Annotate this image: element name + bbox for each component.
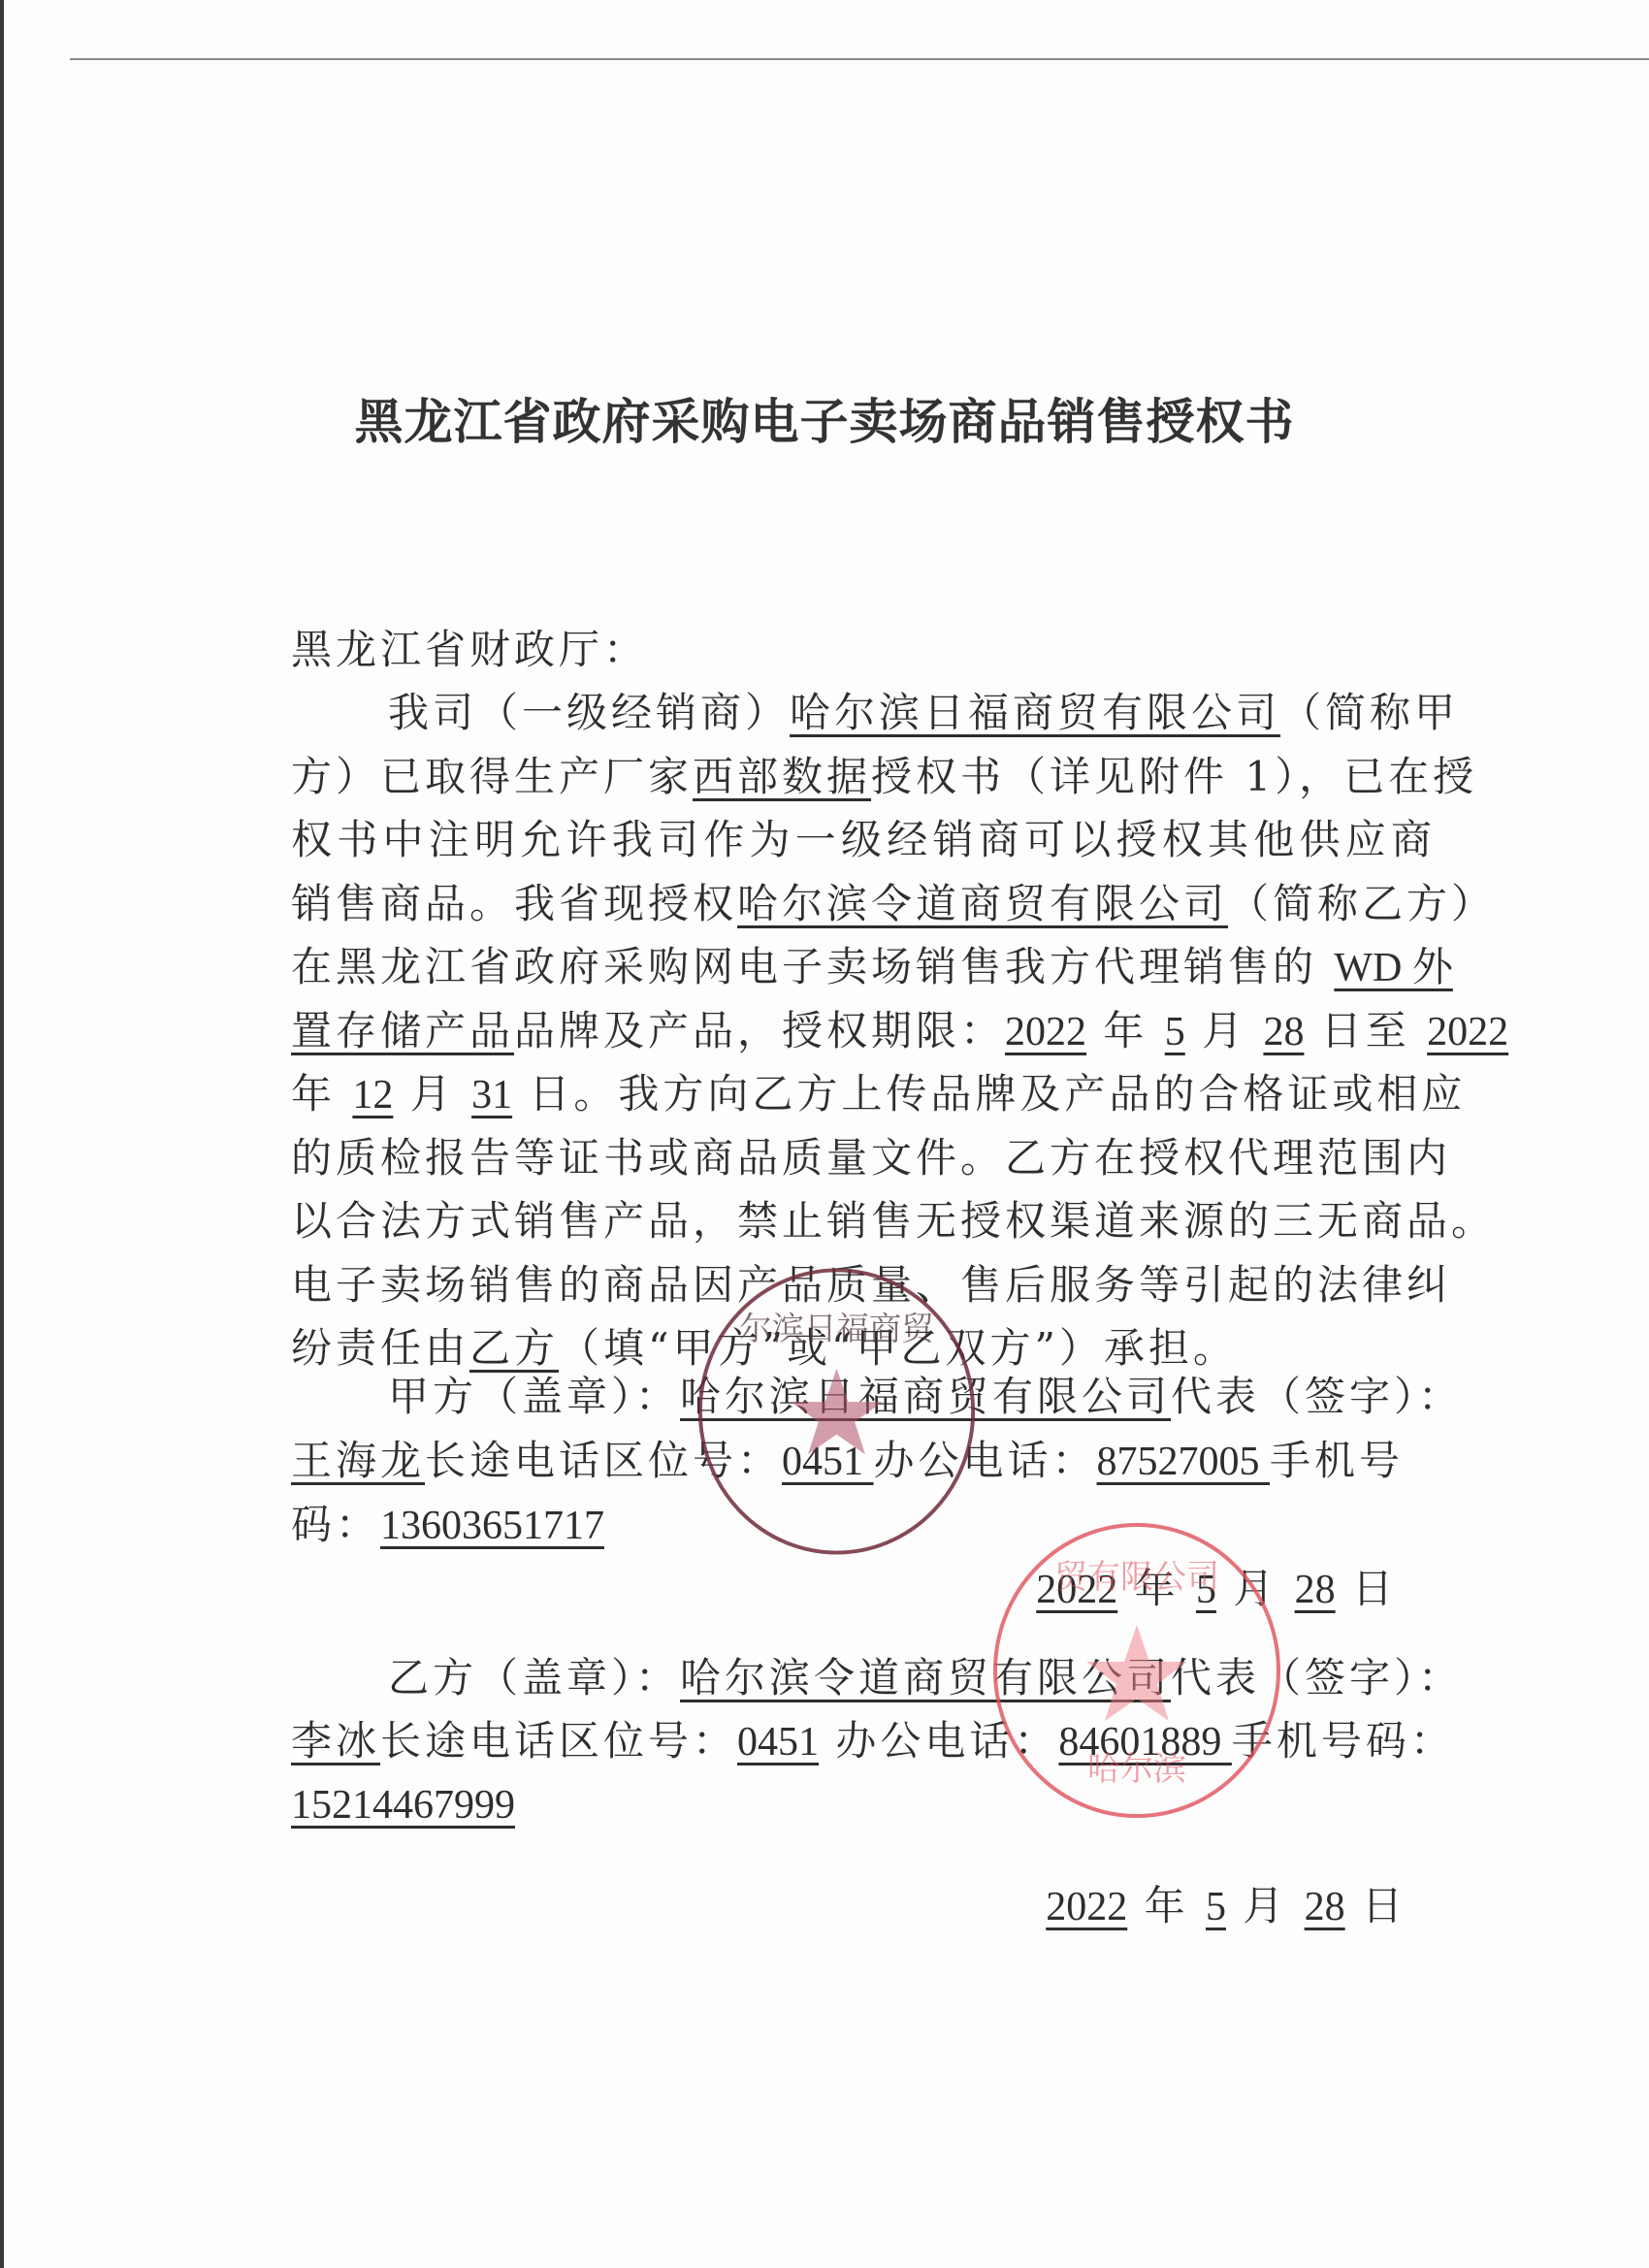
text-run: （填“甲方”或“甲乙双方”）承担。 [559,1324,1238,1372]
body-line: 的质检报告等证书或商品质量文件。乙方在授权代理范围内 [291,1129,1436,1187]
body-line: 以合法方式销售产品，禁止销售无授权渠道来源的三无商品。 [291,1192,1436,1250]
text-run: 在黑龙江省政府采购网电子卖场销售我方代理销售的 [291,943,1334,990]
filled-field: 13603651717 [380,1504,604,1548]
filled-field: 哈尔滨令道商贸有限公司 [680,1654,1171,1701]
filled-field: 乙方 [469,1324,559,1372]
text-run: 我司（一级经销商） [388,689,790,736]
filled-field: 87527005 [1097,1440,1271,1484]
text-run: 日至 [1304,1007,1427,1054]
body-line: 方）已取得生产厂家西部数据授权书（详见附件 1），已在授 [291,748,1436,806]
text-run: 方）已取得生产厂家 [291,753,693,800]
filled-field: 15214467999 [291,1783,515,1828]
filled-field: 0451 [782,1440,874,1484]
body-line: 销售商品。我省现授权哈尔滨令道商贸有限公司（简称乙方） [291,875,1436,933]
text-run: 手机号 [1270,1437,1404,1484]
filled-field: 12 [352,1073,393,1118]
text-run: 代表（签字）： [1171,1373,1463,1420]
filled-field: 哈尔滨日福商贸有限公司 [790,689,1280,736]
party-b-stamp-line: 乙方（盖章）：哈尔滨令道商贸有限公司代表（签字）： [291,1649,1533,1707]
scan-left-edge [0,0,4,2268]
party-b-mobile-line: 15214467999 [291,1775,1436,1834]
text-run: 的质检报告等证书或商品质量文件。乙方在授权代理范围内 [291,1134,1451,1182]
filled-field: 哈尔滨令道商贸有限公司 [737,880,1228,927]
filled-field: 28 [1295,1568,1336,1612]
text-run: 品牌及产品，授权期限： [514,1007,1005,1054]
text-run: （简称甲 [1280,689,1459,736]
text-run: 销售商品。我省现授权 [291,880,737,927]
text-run: 月 [1226,1882,1305,1929]
filled-field: 5 [1206,1885,1226,1929]
filled-field: 2022 [1036,1568,1117,1612]
text-run: 办公电话： [874,1437,1097,1484]
text-run: 电子卖场销售的商品因产品质量、售后服务等引起的法律纠 [291,1261,1451,1309]
text-run: 手机号码： [1232,1717,1455,1765]
filled-field: 0451 [737,1720,819,1765]
party-b-contact-line: 李冰长途电话区位号：0451 办公电话：84601889 手机号码： [291,1712,1436,1771]
text-run: 以合法方式销售产品，禁止销售无授权渠道来源的三无商品。 [291,1197,1496,1245]
filled-field: 王海龙 [291,1437,425,1484]
filled-field: 2022 [1046,1885,1127,1929]
text-run: 甲方（盖章）： [388,1373,680,1420]
party-b-date: 2022 年 5 月 28 日 [291,1877,1406,1936]
filled-field: 2022 [1005,1010,1086,1054]
text-run: 长途电话区位号： [380,1717,737,1765]
text-run: 日 [1336,1565,1397,1612]
filled-field: 李冰 [291,1717,380,1765]
text-run: 授权书（详见附件 1），已在授 [871,753,1477,800]
filled-field: 5 [1165,1010,1185,1054]
text-run: （简称乙方） [1228,880,1496,927]
party-a-contact-line: 王海龙长途电话区位号：0451 办公电话：87527005 手机号 [291,1432,1436,1491]
party-a-date: 2022 年 5 月 28 日 [291,1560,1397,1619]
body-line: 我司（一级经销商）哈尔滨日福商贸有限公司（简称甲 [388,684,1436,742]
party-a-mobile-line: 码：13603651717 [291,1496,1436,1555]
text-run: 日。我方向乙方上传品牌及产品的合格证或相应 [512,1070,1466,1118]
filled-field: 28 [1305,1885,1345,1929]
body-line: 在黑龙江省政府采购网电子卖场销售我方代理销售的 WD 外 [291,938,1436,997]
filled-field: 28 [1263,1010,1304,1054]
filled-field: 2022 [1427,1010,1508,1054]
text-run: 代表（签字）： [1171,1654,1463,1701]
filled-field: 5 [1196,1568,1216,1612]
text-run: 年 [291,1070,352,1118]
scan-top-rule [70,58,1649,60]
text-run: 月 [1216,1565,1295,1612]
text-run: 码： [291,1501,380,1548]
text-run: 年 [1117,1565,1196,1612]
text-run: 月 [393,1070,471,1118]
text-run: 乙方（盖章）： [388,1654,680,1701]
filled-field: 哈尔滨日福商贸有限公司 [680,1373,1171,1420]
body-line: 电子卖场销售的商品因产品质量、售后服务等引起的法律纠 [291,1256,1436,1314]
text-run: 长途电话区位号： [425,1437,782,1484]
text-run: 纷责任由 [291,1324,469,1372]
filled-field: 置存储产品 [291,1007,514,1054]
body-line: 年 12 月 31 日。我方向乙方上传品牌及产品的合格证或相应 [291,1065,1436,1124]
addressee: 黑龙江省财政厅： [291,621,1436,679]
body-line: 置存储产品品牌及产品，授权期限：2022 年 5 月 28 日至 2022 [291,1002,1436,1061]
text-run: 年 [1086,1007,1165,1054]
filled-field: 84601889 [1058,1720,1232,1765]
text-run: 办公电话： [819,1717,1058,1765]
document-title: 黑龙江省政府采购电子卖场商品销售授权书 [0,383,1649,453]
text-run: 日 [1345,1882,1406,1929]
text-run: 月 [1185,1007,1264,1054]
body-line: 权书中注明允许我司作为一级经销商可以授权其他供应商 [291,811,1436,869]
text-run: 年 [1127,1882,1206,1929]
text-run: 权书中注明允许我司作为一级经销商可以授权其他供应商 [291,816,1436,863]
filled-field: WD 外 [1334,946,1452,990]
filled-field: 31 [471,1073,512,1118]
filled-field: 西部数据 [693,753,871,800]
party-a-stamp-line: 甲方（盖章）：哈尔滨日福商贸有限公司代表（签字）： [291,1368,1533,1426]
